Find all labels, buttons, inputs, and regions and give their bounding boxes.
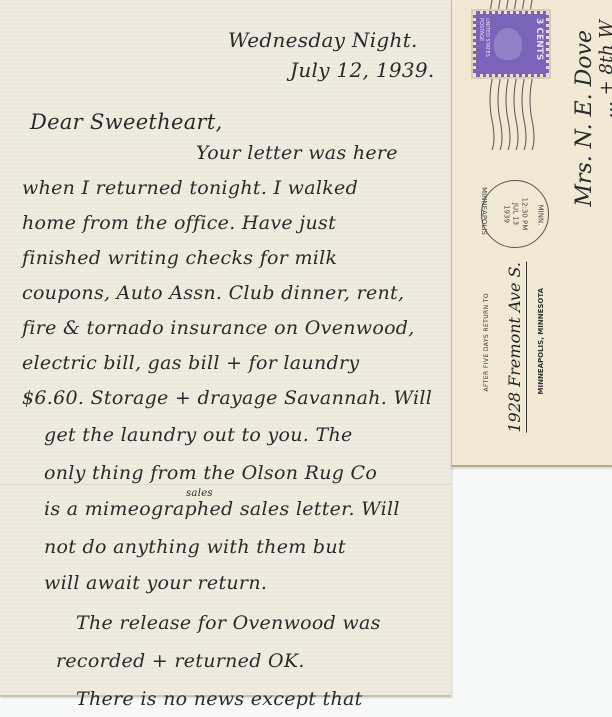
stamp-value: 3 CENTS [534, 18, 544, 60]
postmark-time: 12:30 PM [520, 198, 529, 231]
postmark-city: MINNEAPOLIS [480, 187, 488, 235]
letter-line: The release for Ovenwood was [76, 612, 381, 634]
postmark-date: JUL 13 [511, 198, 520, 231]
letter-line: when I returned tonight. I walked [22, 177, 358, 199]
letter-line: recorded + returned OK. [56, 650, 305, 672]
letter-line: is a mimeographed sales letter. Will [44, 498, 400, 520]
letter-line: only thing from the Olson Rug Co [44, 462, 377, 484]
return-address: 1928 Fremont Ave S. [505, 262, 527, 433]
letter-line: There is no news except that [76, 688, 363, 710]
envelope: UNITED STATES POSTAGE 3 CENTS 12:30 PM J… [451, 0, 612, 467]
letter-line: fire & tornado insurance on Ovenwood, [22, 317, 415, 339]
letter-date: July 12, 1939. [290, 58, 435, 82]
letter-line: Your letter was here [196, 142, 398, 164]
stamp-country-text: UNITED STATES POSTAGE [478, 18, 490, 74]
letter-line: home from the office. Have just [22, 212, 336, 234]
return-city: MINNEAPOLIS, MINNESOTA [537, 288, 545, 394]
letter-line: get the laundry out to you. The [44, 424, 353, 446]
letter-line: electric bill, gas bill + for laundry [22, 352, 359, 374]
recipient-name: Mrs. N. E. Dove [572, 30, 597, 207]
postmark-circle: 12:30 PM JUL 13 1939 MINNEAPOLIS MINN. [481, 180, 549, 248]
letter-salutation: Dear Sweetheart, [30, 110, 223, 134]
postmark-year: 1939 [502, 198, 511, 231]
letter-line: $6.60. Storage + drayage Savannah. Will [22, 387, 432, 409]
postage-stamp: UNITED STATES POSTAGE 3 CENTS [473, 11, 549, 77]
letter-line: will await your return. [44, 572, 267, 594]
stamp-portrait-icon [494, 28, 522, 60]
letter-line: not do anything with them but [44, 536, 346, 558]
postmark-state: MINN. [536, 205, 544, 226]
postmark-center: 12:30 PM JUL 13 1939 [502, 198, 529, 231]
letter-fold-crease [0, 484, 451, 486]
recipient-address-line: ... + 8th W [596, 20, 612, 118]
return-instruction-label: AFTER FIVE DAYS RETURN TO [483, 293, 490, 392]
letter-day-heading: Wednesday Night. [228, 28, 418, 52]
letter-line: finished writing checks for milk [22, 247, 337, 269]
letter-line: coupons, Auto Assn. Club dinner, rent, [22, 282, 404, 304]
handwritten-letter-page: Wednesday Night. July 12, 1939. Dear Swe… [0, 0, 451, 697]
